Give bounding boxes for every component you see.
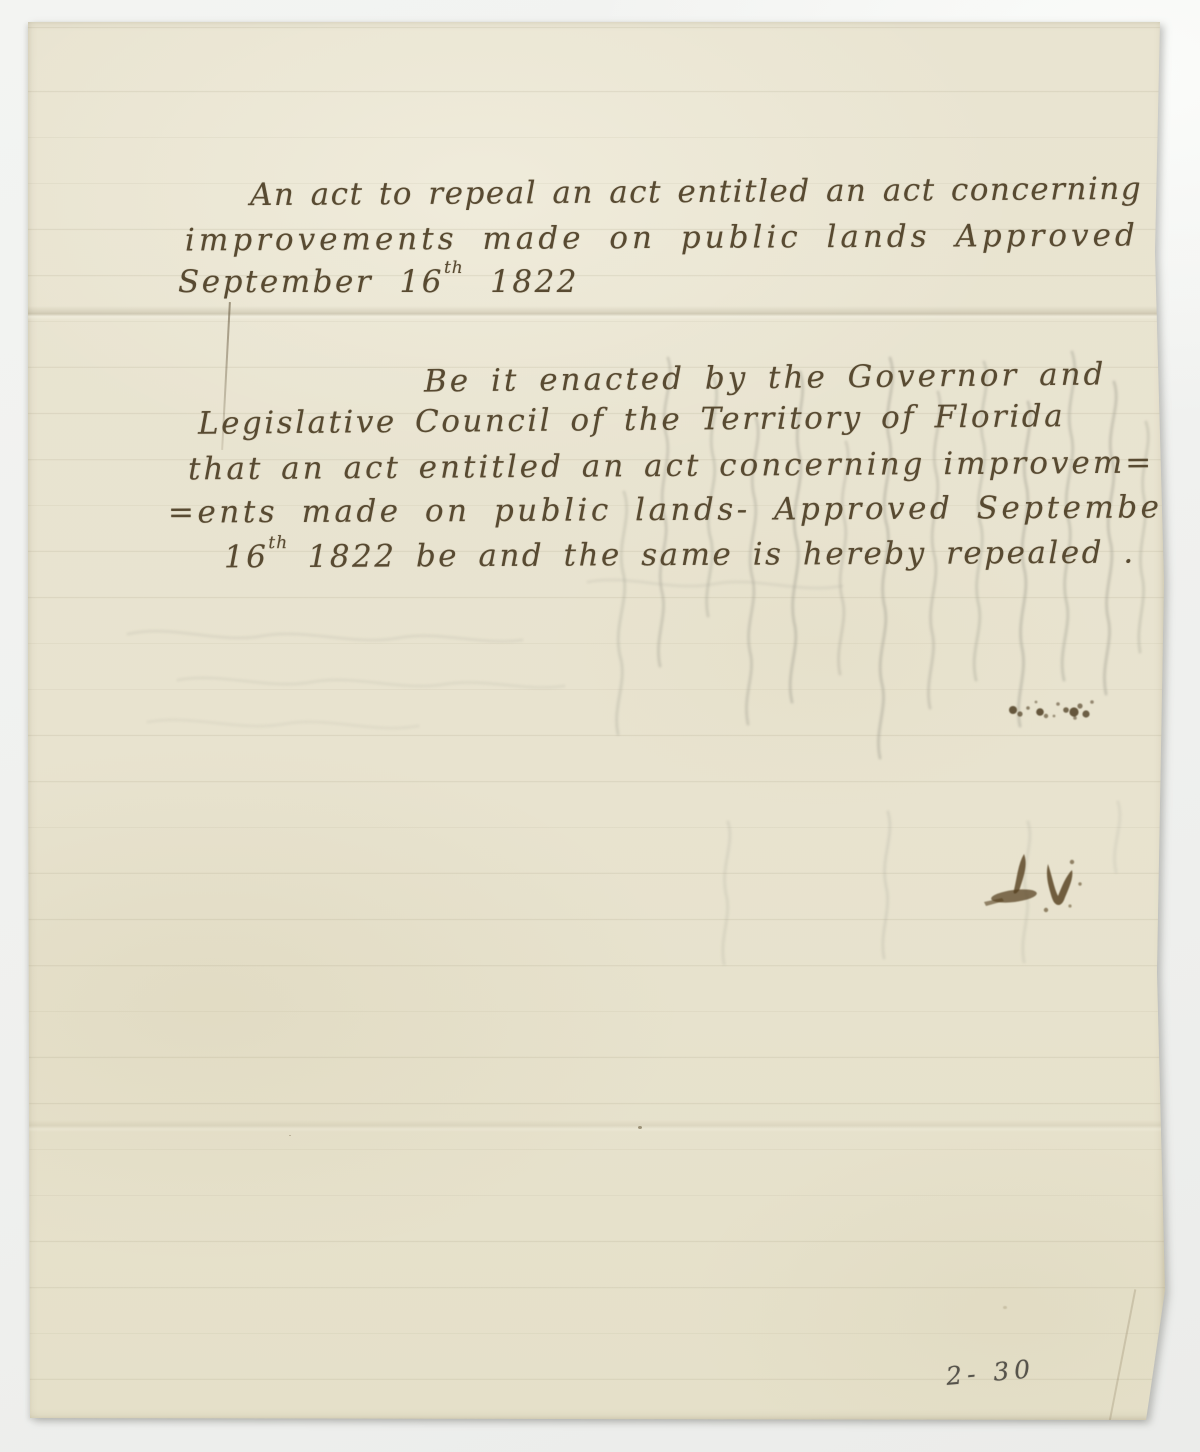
ordinal-superscript: th <box>444 258 464 278</box>
scan-background: An act to repeal an act entitled an act … <box>0 0 1200 1452</box>
line-text: September 16 <box>178 264 444 300</box>
line-text: 1822 be and the same is hereby repealed … <box>288 535 1136 575</box>
ordinal-superscript: th <box>268 533 288 553</box>
line-text: 1822 <box>464 264 579 300</box>
line-text: 16 <box>224 539 269 575</box>
manuscript-line: September 16th 1822 <box>178 264 579 300</box>
ink-blot-smudge <box>972 836 1102 931</box>
manuscript-line: =ents made on public lands- Approved Sep… <box>168 489 1181 530</box>
manuscript-page: An act to repeal an act entitled an act … <box>28 22 1165 1420</box>
manuscript-line: that an act entitled an act concerning i… <box>188 445 1154 488</box>
manuscript-line: An act to repeal an act entitled an act … <box>250 171 1142 213</box>
paper-sheet: An act to repeal an act entitled an act … <box>28 22 1165 1420</box>
manuscript-line: Legislative Council of the Territory of … <box>198 398 1065 442</box>
manuscript-line: improvements made on public lands Approv… <box>185 218 1139 259</box>
ink-smudge-marks <box>984 854 1082 912</box>
manuscript-line: Be it enacted by the Governor and <box>424 356 1107 399</box>
manuscript-line: 16th 1822 be and the same is hereby repe… <box>224 535 1136 576</box>
ink-speckles <box>1009 700 1094 720</box>
paper-speck <box>638 1126 642 1129</box>
ink-blot-speckled <box>996 686 1106 731</box>
